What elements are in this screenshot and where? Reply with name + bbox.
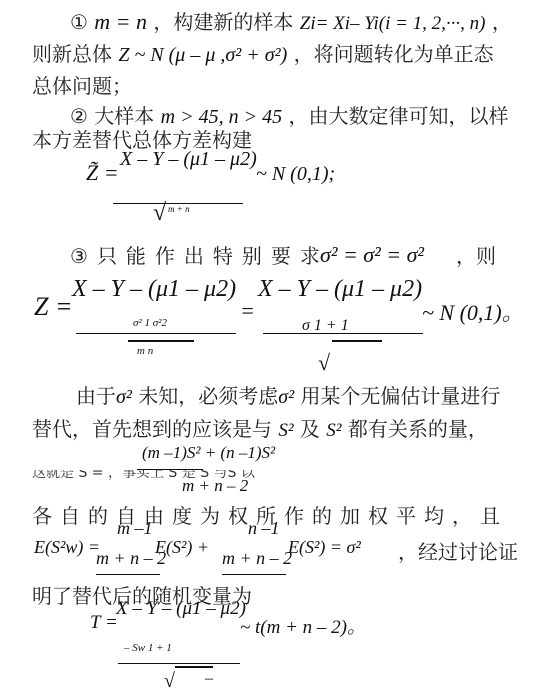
- text: 都有关系的量，: [348, 417, 488, 441]
- sample-formula: Zi= Xi– Yi(i = 1, 2,···, n): [300, 13, 486, 34]
- text: 替代，首先想到的应该是与: [32, 417, 272, 441]
- text: 未知，必须考虑: [138, 384, 278, 408]
- frac2-numerator: n –1: [248, 518, 280, 539]
- t-rhs: ~ t(m + n – 2)。: [240, 612, 366, 639]
- expectation-tail: E(S²) = σ²: [288, 537, 361, 558]
- sqrt-bar-2: [332, 340, 382, 342]
- text: ，由大数定律可知，以样: [288, 104, 508, 128]
- text: ，构建新的样本: [153, 10, 293, 34]
- z-lhs: Z =: [34, 292, 73, 322]
- paragraph-4-line-1: 由于σ² 未知，必须考虑σ² 用某个无偏估计量进行: [76, 380, 500, 409]
- fraction-bar: [118, 663, 240, 664]
- t-numerator: X – Y – (μ1 – μ2): [116, 598, 246, 620]
- sqrt-symbol: √: [318, 350, 330, 376]
- text: ，则: [456, 240, 496, 269]
- comma: ，: [492, 10, 512, 34]
- sqrt-bar-1: [128, 340, 194, 342]
- den1-bottom: m n: [137, 345, 153, 357]
- paragraph-1-line-3: 总体问题；: [32, 70, 132, 99]
- text: 只能作出特别要求: [97, 244, 329, 268]
- circled-number-1: ①: [70, 10, 88, 34]
- distribution-formula: Z ~ N (μ – μ ,σ² + σ²): [118, 44, 287, 66]
- expectation-lhs: E(S²w) =: [34, 537, 100, 558]
- fraction-bar: [96, 574, 160, 575]
- pooled-variance-numerator: (m –1)S² + (n –1)S²: [142, 443, 275, 463]
- expectation-mid: E(S²) +: [155, 537, 209, 558]
- z-numerator-1: X – Y – (μ1 – μ2): [72, 276, 236, 303]
- text: 及: [300, 417, 320, 441]
- sqrt-bar: [175, 666, 213, 668]
- s1-squared: S²: [278, 420, 293, 441]
- paragraph-4-line-2: 替代，首先想到的应该是与 S² 及 S² 都有关系的量，: [32, 413, 488, 442]
- fraction-bar: [137, 469, 203, 470]
- z-numerator-2: X – Y – (μ1 – μ2): [258, 276, 422, 303]
- paragraph-1-line-2: 则新总体 Z ~ N (μ – μ ,σ² + σ²) ，将问题转化为单正态: [32, 38, 494, 67]
- condition-formula: m = n: [94, 9, 147, 34]
- fraction-bar: [222, 574, 286, 575]
- fraction-bar-1: [76, 333, 236, 334]
- circled-number-3: ③: [70, 244, 97, 268]
- t-denominator: – Sw 1 + 1: [124, 642, 172, 654]
- paragraph-3-line-1: ③只能作出特别要求: [70, 240, 329, 269]
- z-tilde-lhs: Z̃ =: [86, 160, 119, 186]
- s2-squared: S²: [326, 420, 341, 441]
- t-lhs: T =: [90, 612, 118, 634]
- text: 用某个无偏估计量进行: [300, 384, 500, 408]
- frac2-denominator: m + n – 2: [222, 548, 292, 569]
- z-tilde-denominator: m + n: [168, 204, 190, 214]
- equal-variance-condition: σ² = σ² = σ²: [320, 242, 424, 268]
- pooled-variance-denominator: m + n – 2: [182, 476, 248, 496]
- sqrt-symbol: √: [153, 200, 166, 227]
- z-tilde-rhs: ~ N (0,1);: [256, 163, 335, 186]
- text: ，将问题转化为单正态: [294, 42, 494, 66]
- sigma-squared: σ²: [278, 386, 294, 408]
- minus-fragment: –: [205, 670, 213, 688]
- text: ，经过讨论证: [398, 536, 518, 565]
- text: 则新总体: [32, 42, 112, 66]
- sigma-squared: σ²: [116, 386, 132, 408]
- den2: σ 1 + 1: [302, 317, 349, 335]
- text: 由于: [76, 384, 116, 408]
- z-rhs: ~ N (0,1)。: [422, 296, 524, 327]
- frac1-numerator: m –1: [117, 518, 153, 539]
- den1-top: σ² 1 σ²2: [133, 317, 167, 329]
- z-tilde-numerator: X – Y – (μ1 – μ2): [120, 148, 257, 171]
- equals: =: [240, 298, 255, 324]
- paragraph-1-line-1: ① m = n ，构建新的样本 Zi= Xi– Yi(i = 1, 2,···,…: [70, 6, 512, 35]
- sqrt-symbol: √: [164, 670, 175, 693]
